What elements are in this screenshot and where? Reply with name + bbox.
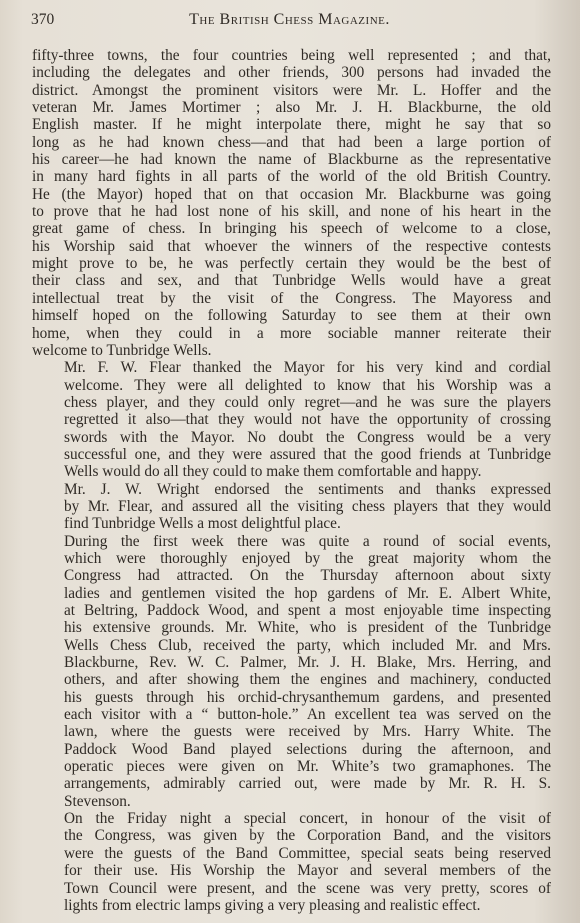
text-line: veteran Mr. James Mortimer ; also Mr. J.… — [32, 99, 551, 116]
text-line: his extensive grounds. Mr. White, who is… — [32, 619, 551, 636]
text-line: Congress had attracted. On the Thursday … — [32, 567, 551, 584]
text-line: home, when they could in a more sociable… — [32, 325, 551, 342]
text-line: Wells Chess Club, received the party, wh… — [32, 637, 551, 654]
text-line: On the Friday night a special concert, i… — [32, 810, 551, 827]
text-line: chess player, and they could only regret… — [32, 394, 551, 411]
text-line: his career—he had known the name of Blac… — [32, 151, 551, 168]
text-line: arrangements, admirably carried out, wer… — [32, 775, 551, 792]
text-line: their class and sex, and that Tunbridge … — [32, 272, 551, 289]
text-line: long as he had known chess—and that had … — [32, 134, 551, 151]
text-line: to prove that he had lost none of his sk… — [32, 203, 551, 220]
text-line: might prove to be, he was perfectly cert… — [32, 255, 551, 272]
text-line: lights from electric lamps giving a very… — [32, 897, 551, 914]
text-line: regretted it also—that they would not ha… — [32, 411, 551, 428]
text-line: others, and after showing them the engin… — [32, 671, 551, 688]
article-body: fifty-three towns, the four countries be… — [32, 47, 551, 914]
text-line: ladies and gentlemen visited the hop gar… — [32, 585, 551, 602]
text-line: each visitor with a “ button-hole.” An e… — [32, 706, 551, 723]
text-line: Paddock Wood Band played selections duri… — [32, 741, 551, 758]
running-title: The British Chess Magazine. — [31, 11, 548, 29]
text-line: He (the Mayor) hoped that on that occasi… — [32, 186, 551, 203]
text-line: district. Amongst the prominent visitors… — [32, 82, 551, 99]
text-line: Mr. J. W. Wright endorsed the sentiments… — [32, 481, 551, 498]
text-line: including the delegates and other friend… — [32, 64, 551, 81]
text-line: which were thoroughly enjoyed by the gre… — [32, 550, 551, 567]
text-line: himself hoped on the following Saturday … — [32, 307, 551, 324]
text-line: fifty-three towns, the four countries be… — [32, 47, 551, 64]
text-line: Wells would do all they could to make th… — [32, 463, 551, 480]
text-line: find Tunbridge Wells a most delightful p… — [32, 515, 551, 532]
text-line: intellectual treat by the visit of the C… — [32, 290, 551, 307]
text-line: Stevenson. — [32, 793, 551, 810]
text-line: by Mr. Flear, and assured all the visiti… — [32, 498, 551, 515]
text-line: lawn, where the guests were received by … — [32, 723, 551, 740]
text-line: were the guests of the Band Committee, s… — [32, 845, 551, 862]
text-line: for their use. His Worship the Mayor and… — [32, 862, 551, 879]
page-header: 370 The British Chess Magazine. — [31, 11, 548, 33]
paragraph: On the Friday night a special concert, i… — [32, 810, 551, 914]
text-line: During the first week there was quite a … — [32, 533, 551, 550]
text-line: English master. If he might interpolate … — [32, 116, 551, 133]
text-line: Town Council were present, and the scene… — [32, 880, 551, 897]
paragraph: During the first week there was quite a … — [32, 533, 551, 811]
text-line: Blackburne, Rev. W. C. Palmer, Mr. J. H.… — [32, 654, 551, 671]
text-line: at Beltring, Paddock Wood, and spent a m… — [32, 602, 551, 619]
text-line: welcome to Tunbridge Wells. — [32, 342, 551, 359]
text-line: successful one, and they were assured th… — [32, 446, 551, 463]
text-line: operatic pieces were given on Mr. White’… — [32, 758, 551, 775]
text-line: great game of chess. In bringing his spe… — [32, 220, 551, 237]
paragraph: Mr. F. W. Flear thanked the Mayor for hi… — [32, 359, 551, 480]
text-line: welcome. They were all delighted to know… — [32, 377, 551, 394]
text-line: swords with the Mayor. No doubt the Cong… — [32, 429, 551, 446]
paragraph: Mr. J. W. Wright endorsed the sentiments… — [32, 481, 551, 533]
text-line: his guests through his orchid-chrysanthe… — [32, 689, 551, 706]
paragraph: fifty-three towns, the four countries be… — [32, 47, 551, 359]
text-line: his Worship said that whoever the winner… — [32, 238, 551, 255]
text-line: the Congress, was given by the Corporati… — [32, 827, 551, 844]
text-line: Mr. F. W. Flear thanked the Mayor for hi… — [32, 359, 551, 376]
text-line: in many hard fights in all parts of the … — [32, 168, 551, 185]
